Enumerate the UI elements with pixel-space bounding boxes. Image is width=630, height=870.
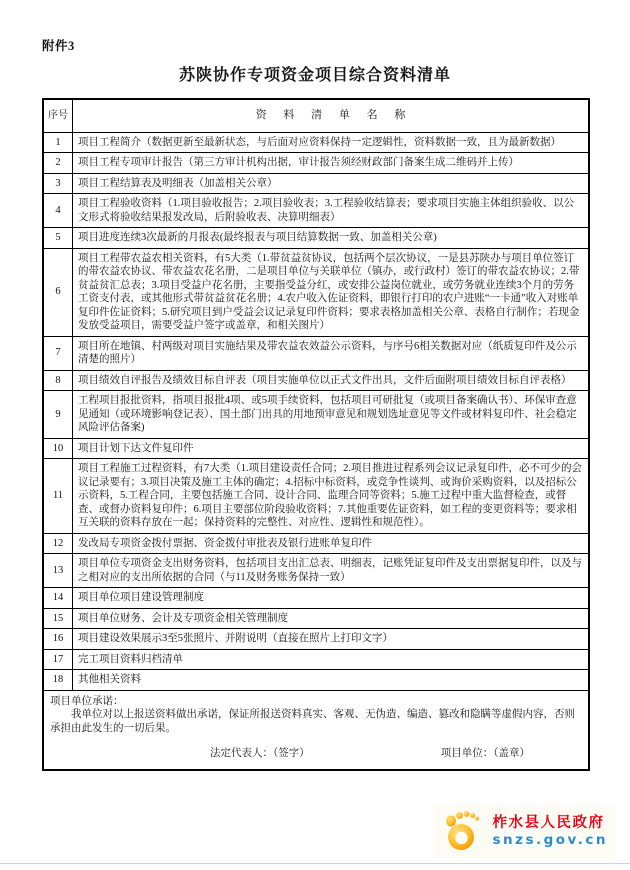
table-row: 7项目所在地镇、村两级对项目实施结果及带农益农效益公示资料，与序号6相关数据对应… [43, 336, 589, 370]
row-number: 16 [43, 629, 73, 650]
footprint-icon [443, 809, 483, 853]
table-row: 16项目建设效果展示3至5张照片、并附说明（直接在照片上打印文字） [43, 629, 589, 650]
row-text: 项目单位财务、会计及专项资金相关管理制度 [73, 608, 590, 629]
table-row: 8项目绩效自评报告及绩效目标自评表（项目实施单位以正式文件出具，文件后面附项目绩… [43, 370, 589, 391]
row-text: 项目工程带农益农相关资料，有5大类（1.带贫益贫协议，包括两个层次协议，一是县苏… [73, 248, 590, 336]
table-row: 6项目工程带农益农相关资料，有5大类（1.带贫益贫协议，包括两个层次协议，一是县… [43, 248, 589, 336]
project-unit-label: 项目单位：（盖章） [441, 747, 530, 761]
table-row: 11项目工程施工过程资料，有7大类（1.项目建设责任合同；2.项目推进过程系列会… [43, 459, 589, 534]
table-row: 14项目单位项目建设管理制度 [43, 588, 589, 609]
row-text: 项目工程简介（数据更新至最新状态，与后面对应资料保持一定逻辑性，资料数据一致，且… [73, 132, 590, 153]
row-number: 15 [43, 608, 73, 629]
row-number: 2 [43, 153, 73, 174]
table-row: 4项目工程验收资料（1.项目验收报告；2.项目验收表；3.工程验收结算表；要求项… [43, 194, 589, 228]
row-text: 项目工程验收资料（1.项目验收报告；2.项目验收表；3.工程验收结算表；要求项目… [73, 194, 590, 228]
row-text: 项目建设效果展示3至5张照片、并附说明（直接在照片上打印文字） [73, 629, 590, 650]
row-text: 项目计划下达文件复印件 [73, 438, 590, 459]
table-row: 18其他相关资料 [43, 670, 589, 691]
table-row: 9工程项目报批资料，指项目报批4项、或5项手续资料，包括项目可研批复（或项目备案… [43, 391, 589, 439]
table-row: 15项目单位财务、会计及专项资金相关管理制度 [43, 608, 589, 629]
row-number: 10 [43, 438, 73, 459]
row-number: 5 [43, 228, 73, 249]
table-row: 13项目单位专项资金支出财务资料，包括项目支出汇总表、明细表，记账凭证复印件及支… [43, 554, 589, 588]
attachment-label: 附件3 [42, 36, 75, 54]
gov-url: snzs.gov.cn [492, 832, 608, 849]
row-number: 4 [43, 194, 73, 228]
row-text: 项目进度连续3次最新的月报表(最终报表与项目结算数据一致、加盖相关公章) [73, 228, 590, 249]
row-text: 其他相关资料 [73, 670, 590, 691]
table-row: 10项目计划下达文件复印件 [43, 438, 589, 459]
table-row: 12发改局专项资金拨付票据、资金拨付审批表及银行进账单复印件 [43, 533, 589, 554]
header-index: 序号 [43, 99, 73, 132]
legal-representative-label: 法定代表人：（签字） [210, 747, 310, 761]
row-number: 11 [43, 459, 73, 534]
gov-logo-text: 柞水县人民政府 snzs.gov.cn [492, 814, 608, 849]
page-bottom-divider [0, 863, 630, 864]
row-number: 12 [43, 533, 73, 554]
table-row: 5项目进度连续3次最新的月报表(最终报表与项目结算数据一致、加盖相关公章) [43, 228, 589, 249]
signature-row: 法定代表人：（签字） 项目单位：（盖章） [50, 747, 582, 761]
row-text: 项目所在地镇、村两级对项目实施结果及带农益农效益公示资料，与序号6相关数据对应（… [73, 336, 590, 370]
row-number: 9 [43, 391, 73, 439]
row-number: 8 [43, 370, 73, 391]
row-text: 项目工程结算表及明细表（加盖相关公章） [73, 173, 590, 194]
row-text: 发改局专项资金拨付票据、资金拨付审批表及银行进账单复印件 [73, 533, 590, 554]
row-number: 17 [43, 649, 73, 670]
materials-table: 序号 资 料 清 单 名 称 1项目工程简介（数据更新至最新状态，与后面对应资料… [42, 98, 590, 771]
row-text: 项目单位项目建设管理制度 [73, 588, 590, 609]
table-row: 1项目工程简介（数据更新至最新状态，与后面对应资料保持一定逻辑性，资料数据一致，… [43, 132, 589, 153]
row-number: 1 [43, 132, 73, 153]
row-number: 14 [43, 588, 73, 609]
commitment-body: 我单位对以上报送资料做出承诺，保证所报送资料真实、客观、无伪造、编造、篡改和隐瞒… [50, 708, 582, 735]
commitment-cell: 项目单位承诺： 我单位对以上报送资料做出承诺，保证所报送资料真实、客观、无伪造、… [43, 690, 589, 770]
row-text: 项目工程施工过程资料，有7大类（1.项目建设责任合同；2.项目推进过程系列会议记… [73, 459, 590, 534]
table-row: 17完工项目资料归档清单 [43, 649, 589, 670]
row-number: 7 [43, 336, 73, 370]
row-number: 18 [43, 670, 73, 691]
gov-site-logo[interactable]: 柞水县人民政府 snzs.gov.cn [435, 805, 616, 858]
row-number: 3 [43, 173, 73, 194]
table-row: 3项目工程结算表及明细表（加盖相关公章） [43, 173, 589, 194]
row-number: 13 [43, 554, 73, 588]
gov-name: 柞水县人民政府 [492, 814, 608, 832]
commitment-title: 项目单位承诺： [50, 695, 582, 709]
commitment-row: 项目单位承诺： 我单位对以上报送资料做出承诺，保证所报送资料真实、客观、无伪造、… [43, 690, 589, 770]
page-title: 苏陕协作专项资金项目综合资料清单 [0, 62, 630, 85]
row-text: 项目工程专项审计报告（第三方审计机构出据，审计报告须经财政部门备案生成二维码并上… [73, 153, 590, 174]
row-text: 项目绩效自评报告及绩效目标自评表（项目实施单位以正式文件出具，文件后面附项目绩效… [73, 370, 590, 391]
table-row: 2项目工程专项审计报告（第三方审计机构出据，审计报告须经财政部门备案生成二维码并… [43, 153, 589, 174]
row-text: 工程项目报批资料，指项目报批4项、或5项手续资料，包括项目可研批复（或项目备案确… [73, 391, 590, 439]
row-number: 6 [43, 248, 73, 336]
table-header-row: 序号 资 料 清 单 名 称 [43, 99, 589, 132]
row-text: 项目单位专项资金支出财务资料，包括项目支出汇总表、明细表，记账凭证复印件及支出票… [73, 554, 590, 588]
row-text: 完工项目资料归档清单 [73, 649, 590, 670]
header-name: 资 料 清 单 名 称 [73, 99, 590, 132]
